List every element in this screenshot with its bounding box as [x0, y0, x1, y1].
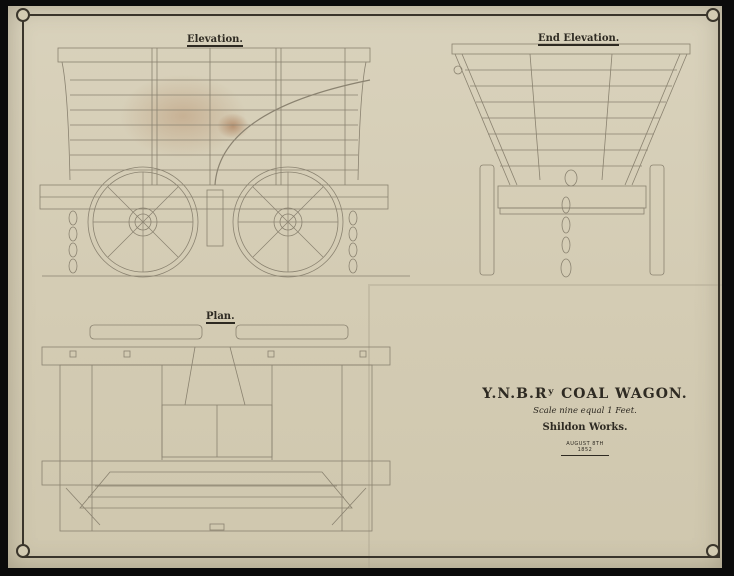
plan-view: [42, 325, 390, 531]
drawing-scale: Scale nine equal 1 Feet.: [470, 406, 700, 416]
elevation-view: [40, 48, 410, 277]
drawing-title: Y.N.B.Rʸ COAL WAGON.: [470, 386, 700, 402]
end-elevation-view: [452, 44, 690, 277]
elevation-view-label: Elevation.: [187, 34, 243, 47]
end-elevation-view-label: End Elevation.: [538, 33, 619, 46]
drawing-date: AUGUST 8TH 1852: [561, 441, 609, 456]
drawing-works: Shildon Works.: [470, 422, 700, 433]
title-block: Y.N.B.Rʸ COAL WAGON. Scale nine equal 1 …: [470, 386, 700, 456]
technical-drawing: [0, 0, 734, 576]
plan-view-label: Plan.: [206, 311, 235, 324]
